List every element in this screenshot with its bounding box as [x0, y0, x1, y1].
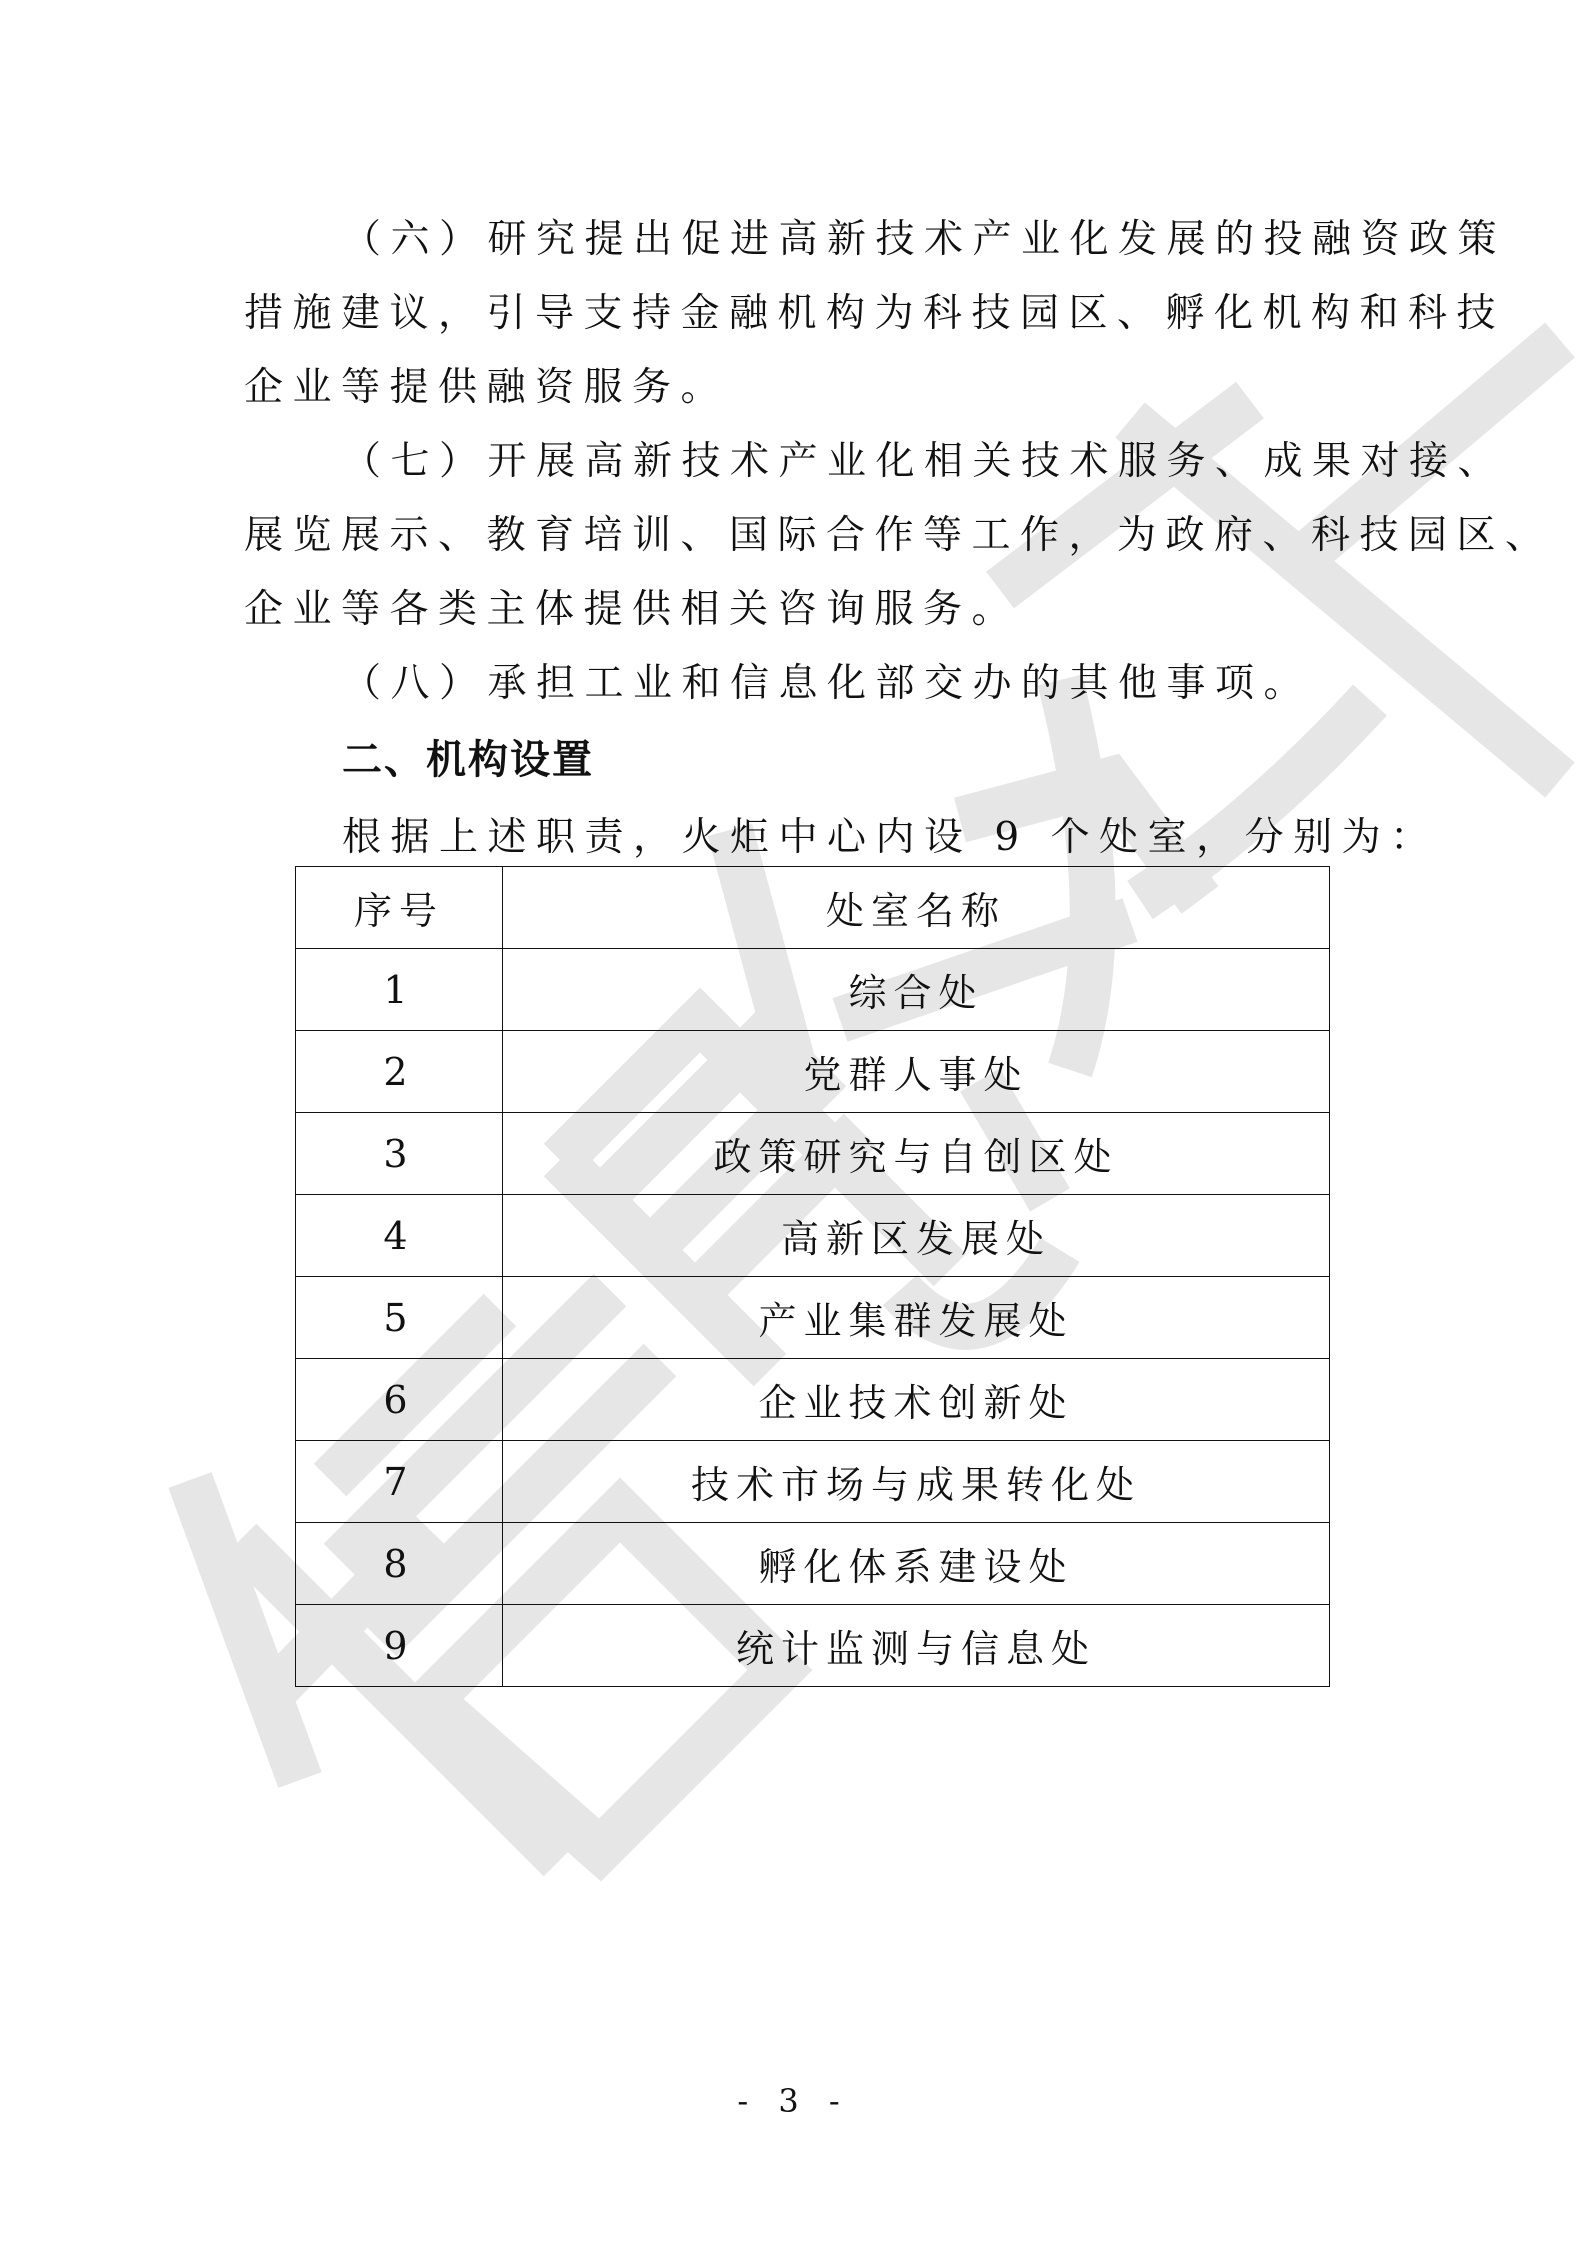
- table-row: 1综合处: [296, 949, 1330, 1031]
- paragraph-item7-line3: 企业等各类主体提供相关咨询服务。: [244, 586, 1020, 634]
- office-name: 政策研究与自创区处: [503, 1113, 1330, 1195]
- office-name: 党群人事处: [503, 1031, 1330, 1113]
- table-row: 6企业技术创新处: [296, 1359, 1330, 1441]
- table-row: 8孵化体系建设处: [296, 1523, 1330, 1605]
- office-name: 技术市场与成果转化处: [503, 1441, 1330, 1523]
- row-number: 9: [296, 1605, 503, 1687]
- office-name: 统计监测与信息处: [503, 1605, 1330, 1687]
- row-number: 2: [296, 1031, 503, 1113]
- document-page: （六）研究提出促进高新技术产业化发展的投融资政策 措施建议，引导支持金融机构为科…: [0, 0, 1587, 2245]
- row-number: 8: [296, 1523, 503, 1605]
- paragraph-item6-line3: 企业等提供融资服务。: [244, 364, 729, 412]
- intro-text: 根据上述职责，火炬中心内设 9 个处室，分别为：: [342, 814, 1439, 862]
- table-row: 5产业集群发展处: [296, 1277, 1330, 1359]
- office-name: 产业集群发展处: [503, 1277, 1330, 1359]
- section-heading: 二、机构设置: [342, 736, 594, 784]
- row-number: 5: [296, 1277, 503, 1359]
- paragraph-item7-line2: 展览展示、教育培训、国际合作等工作，为政府、科技园区、: [244, 512, 1554, 560]
- paragraph-item6-line2: 措施建议，引导支持金融机构为科技园区、孵化机构和科技: [244, 290, 1505, 338]
- row-number: 6: [296, 1359, 503, 1441]
- row-number: 7: [296, 1441, 503, 1523]
- row-number: 1: [296, 949, 503, 1031]
- page-number: - 3 -: [0, 2082, 1587, 2120]
- paragraph-item8-line1: （八）承担工业和信息化部交办的其他事项。: [342, 660, 1312, 708]
- header-serial-number: 序号: [296, 867, 503, 949]
- table-header-row: 序号 处室名称: [296, 867, 1330, 949]
- table-row: 9统计监测与信息处: [296, 1605, 1330, 1687]
- table-row: 4高新区发展处: [296, 1195, 1330, 1277]
- office-name: 高新区发展处: [503, 1195, 1330, 1277]
- header-office-name: 处室名称: [503, 867, 1330, 949]
- office-name: 综合处: [503, 949, 1330, 1031]
- office-name: 企业技术创新处: [503, 1359, 1330, 1441]
- office-name: 孵化体系建设处: [503, 1523, 1330, 1605]
- paragraph-item7-line1: （七）开展高新技术产业化相关技术服务、成果对接、: [342, 438, 1506, 486]
- table-row: 7技术市场与成果转化处: [296, 1441, 1330, 1523]
- table-row: 3政策研究与自创区处: [296, 1113, 1330, 1195]
- row-number: 4: [296, 1195, 503, 1277]
- offices-table: 序号 处室名称 1综合处 2党群人事处 3政策研究与自创区处 4高新区发展处 5…: [295, 866, 1330, 1687]
- row-number: 3: [296, 1113, 503, 1195]
- table-row: 2党群人事处: [296, 1031, 1330, 1113]
- paragraph-item6-line1: （六）研究提出促进高新技术产业化发展的投融资政策: [342, 216, 1506, 264]
